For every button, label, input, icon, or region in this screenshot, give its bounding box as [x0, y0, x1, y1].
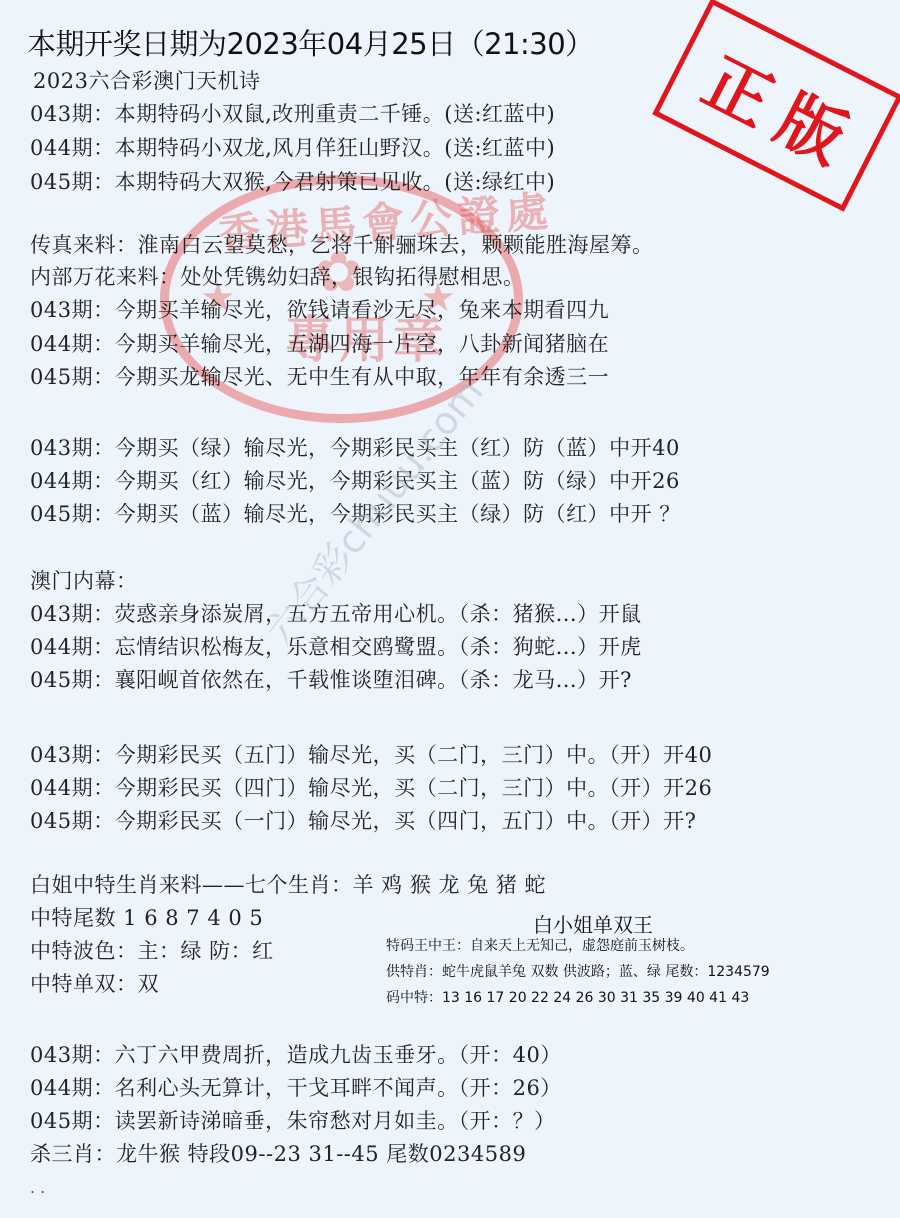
color-line-044: 044期：今期买（红）输尽光，今期彩民买主（蓝）防（绿）中开26 [30, 466, 680, 496]
verse-line-045: 045期：读罢新诗涕暗垂，朱帘愁对月如圭。（开：？） [30, 1106, 556, 1136]
odd-even-line: 中特单双：双 [30, 969, 159, 999]
macau-line-043: 043期：荧惑亲身添炭屑，五方五帝用心机。（杀：猪猴...）开鼠 [30, 599, 642, 629]
verse-line-043: 043期：六丁六甲费周折，造成九齿玉垂牙。（开：40） [30, 1040, 562, 1070]
macau-inside-heading: 澳门内幕： [30, 566, 138, 596]
zhengban-stamp: 正 版 [652, 0, 900, 212]
footer-dots: . . [30, 1178, 45, 1197]
door-line-045: 045期：今期彩民买（一门）输尽光，买（四门，五门）中。（开）开? [30, 806, 696, 836]
tail-numbers-line: 中特尾数 1 6 8 7 4 0 5 [30, 903, 263, 933]
buy-line-043: 043期：今期买羊输尽光，欲钱请看沙无尽，兔来本期看四九 [30, 295, 609, 325]
box-line-numbers: 码中特：13 16 17 20 22 24 26 30 31 35 39 40 … [386, 988, 749, 1008]
box-title: 白小姐单双王 [533, 909, 653, 938]
fax-material-line: 传真来料：淮南白云望莫愁，乞将千斛骊珠去，颗颗能胜海屋筹。 [30, 230, 654, 260]
color-line-043: 043期：今期买（绿）输尽光，今期彩民买主（红）防（蓝）中开40 [30, 433, 680, 463]
poem-line-045: 045期：本期特码大双猴,今君射策已见收。(送:绿红中) [30, 167, 555, 197]
page-subtitle: 2023六合彩澳门天机诗 [33, 66, 260, 96]
poem-line-044: 044期：本期特码小双龙,风月佯狂山野汉。(送:红蓝中) [30, 133, 555, 163]
wave-color-line: 中特波色：主：绿 防：红 [30, 936, 274, 966]
macau-line-044: 044期：忘情结识松梅友，乐意相交鸥鹭盟。（杀：狗蛇...）开虎 [30, 632, 642, 662]
kill-three-line: 杀三肖：龙牛猴 特段09--23 31--45 尾数0234589 [30, 1139, 526, 1169]
zodiac-line: 白姐中特生肖来料——七个生肖：羊 鸡 猴 龙 兔 猪 蛇 [30, 870, 546, 900]
buy-line-045: 045期：今期买龙输尽光、无中生有从中取，年年有余透三一 [30, 362, 609, 392]
macau-line-045: 045期：襄阳岘首依然在，千载惟谈堕泪碑。（杀：龙马...）开? [30, 665, 632, 695]
door-line-044: 044期：今期彩民买（四门）输尽光，买（二门，三门）中。（开）开26 [30, 773, 712, 803]
box-line-zodiac: 供特肖：蛇牛虎鼠羊兔 双数 供波路；蓝、绿 尾数：1234579 [386, 962, 770, 982]
buy-line-044: 044期：今期买羊输尽光，五湖四海一片空，八卦新闻猪脑在 [30, 329, 609, 359]
page-title: 本期开奖日期为2023年04月25日（21:30） [27, 22, 594, 63]
inside-material-line: 内部万花来料：处处凭镌幼妇辞，银钩拓得慰相思。 [30, 262, 525, 292]
color-line-045: 045期：今期买（蓝）输尽光，今期彩民买主（绿）防（红）中开 ？ [30, 499, 681, 529]
verse-line-044: 044期：名利心头无算计，干戈耳畔不闻声。（开：26） [30, 1073, 562, 1103]
box-line-king: 特码王中王：自来天上无知己，虚怨庭前玉树枝。 [386, 936, 694, 956]
poem-line-043: 043期：本期特码小双鼠,改刑重责二千锤。(送:红蓝中) [30, 99, 555, 129]
door-line-043: 043期：今期彩民买（五门）输尽光，买（二门，三门）中。（开）开40 [30, 740, 712, 770]
